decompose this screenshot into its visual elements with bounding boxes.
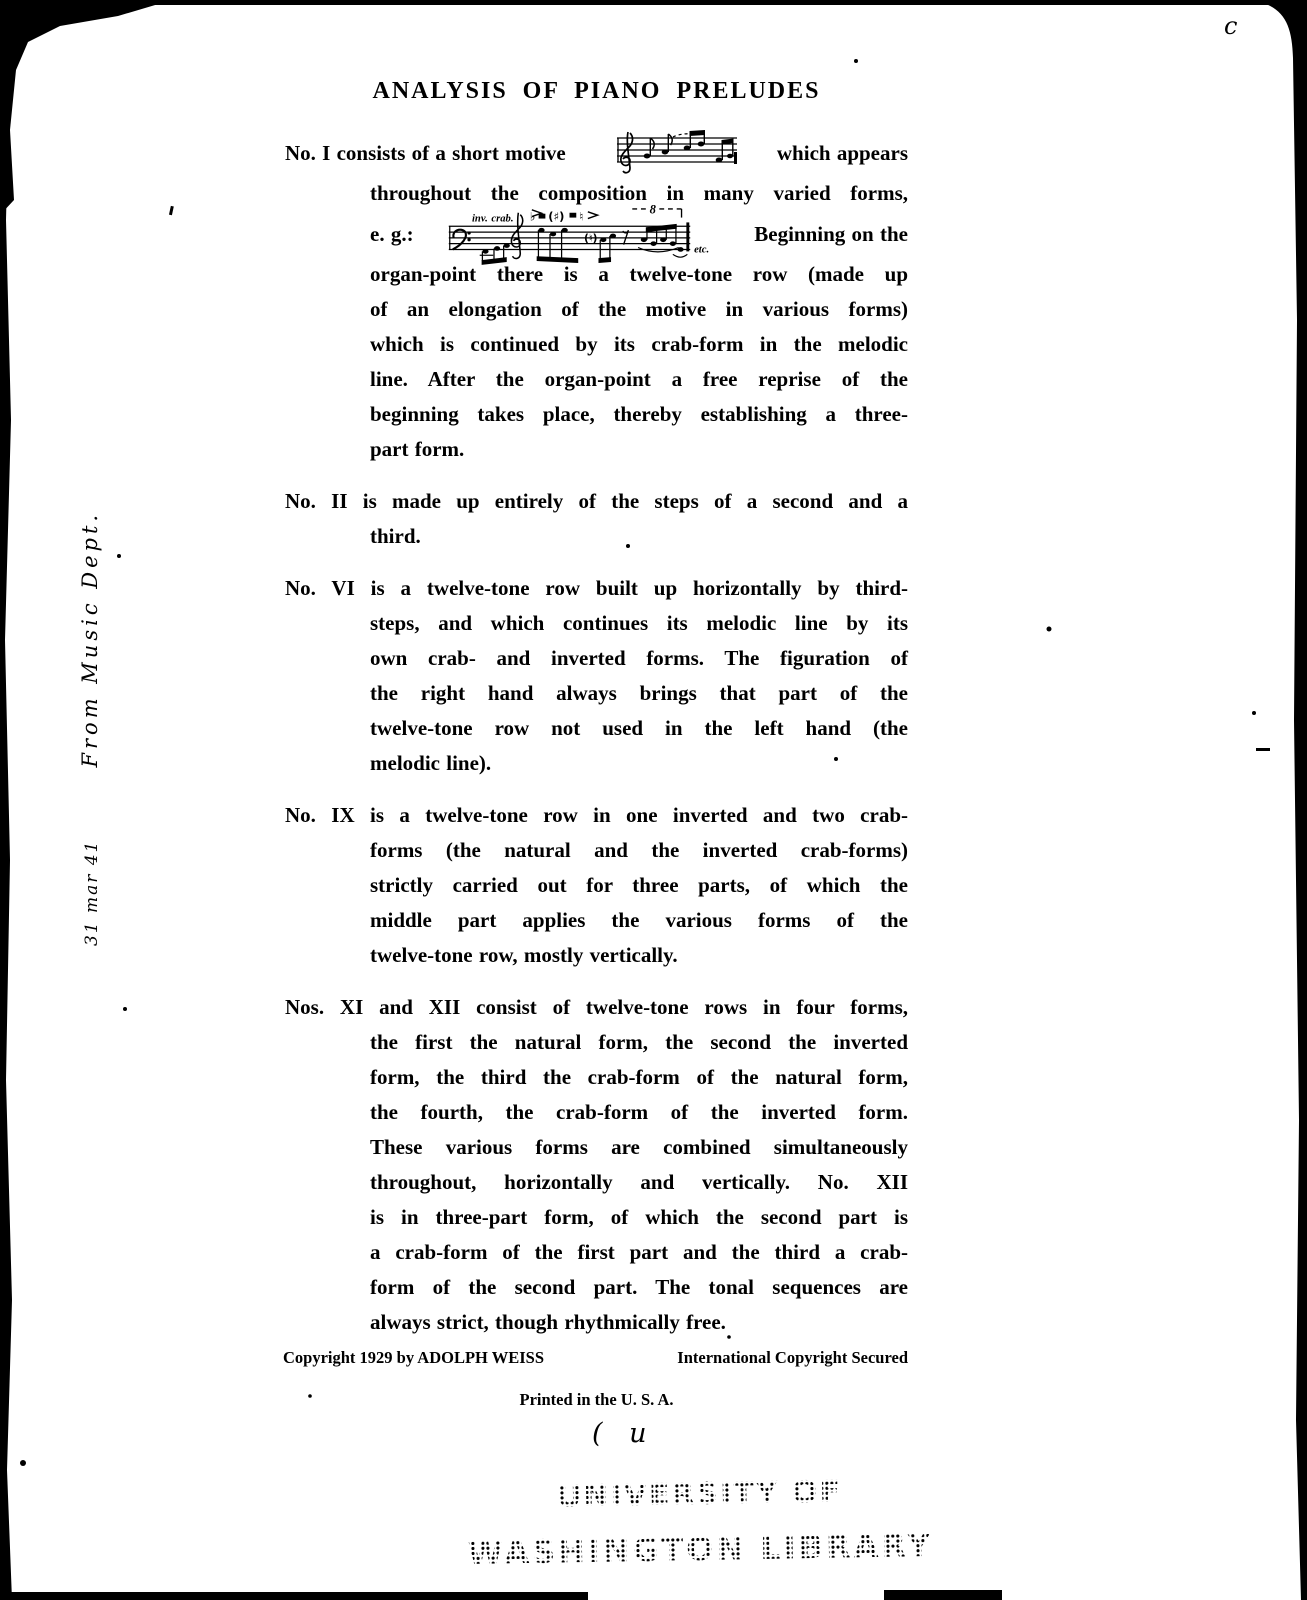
text-line: twelve-tone row not used in the left han… (285, 711, 908, 746)
text-line: forms (the natural and the inverted crab… (285, 833, 908, 868)
margin-date: 31 mar 41 (82, 840, 102, 946)
analysis-body: No. I consists of a short motive (285, 130, 908, 1357)
text-line: steps, and which continues its melodic l… (285, 606, 908, 641)
text-line: Nos. XI and XII consist of twelve-tone r… (285, 990, 908, 1025)
text-run: which appears (777, 141, 908, 166)
paragraph-no-2: No. II is made up entirely of the steps … (285, 484, 908, 554)
text-line: No. IX is a twelve-tone row in one inver… (285, 798, 908, 833)
library-stamp: UNIVERSITY OF WASHINGTON LIBRARY (449, 1464, 951, 1581)
music-notation-motive-icon (603, 130, 739, 176)
text-line: is in three-part form, of which the seco… (285, 1200, 908, 1235)
text-line: strictly carried out for three parts, of… (285, 868, 908, 903)
text-line: No. II is made up entirely of the steps … (285, 484, 908, 519)
stamp-line-1: UNIVERSITY OF (449, 1464, 950, 1527)
text-line: which is continued by its crab-form in t… (285, 327, 908, 362)
text-line: the right hand always brings that part o… (285, 676, 908, 711)
text-run: e. g.: (370, 222, 414, 247)
text-line: always strict, though rhythmically free. (285, 1305, 908, 1340)
ottava-label: 8 (650, 203, 657, 217)
printed-in-usa: Printed in the U. S. A. (285, 1390, 908, 1410)
text-line: the fourth, the crab-form of the inverte… (285, 1095, 908, 1130)
text-line: the first the natural form, the second t… (285, 1025, 908, 1060)
text-line: throughout, horizontally and vertically.… (285, 1165, 908, 1200)
text-line: middle part applies the various forms of… (285, 903, 908, 938)
page-title: ANALYSIS OF PIANO PRELUDES (285, 78, 908, 105)
handwritten-check-mark: ( u (592, 1418, 656, 1449)
scanned-document-page: ANALYSIS OF PIANO PRELUDES No. I consist… (0, 0, 1307, 1600)
flat-accidental: ♭ (530, 209, 535, 223)
paragraph-nos-11-12: Nos. XI and XII consist of twelve-tone r… (285, 990, 908, 1340)
text-line: of an elongation of the motive in variou… (285, 292, 908, 327)
etc-label: etc. (694, 244, 709, 255)
natural-accidental: ♮ (579, 209, 583, 223)
text-line: line. After the organ-point a free repri… (285, 362, 908, 397)
text-line: third. (285, 519, 908, 554)
text-run: Beginning on the (754, 222, 908, 247)
text-line: organ-point there is a twelve-tone row (… (285, 257, 908, 292)
international-copyright-notice: International Copyright Secured (677, 1348, 908, 1368)
sharp-accidental: (♯) (548, 209, 564, 223)
text-line: form, the third the crab-form of the nat… (285, 1060, 908, 1095)
text-line: a crab-form of the first part and the th… (285, 1235, 908, 1270)
text-line: own crab- and inverted forms. The figura… (285, 641, 908, 676)
natural-paren-accidental: (♮) (584, 232, 598, 245)
text-line: part form. (285, 432, 908, 467)
stamp-line-2: WASHINGTON LIBRARY (450, 1518, 951, 1581)
text-line: No. VI is a twelve-tone row built up hor… (285, 571, 908, 606)
text-line: e. g.: inv. crab. (285, 211, 908, 257)
text-line: melodic line). (285, 746, 908, 781)
paragraph-no-9: No. IX is a twelve-tone row in one inver… (285, 798, 908, 973)
inv-crab-label: inv. crab. (472, 213, 514, 224)
copyright-row: Copyright 1929 by ADOLPH WEISS Internati… (283, 1348, 908, 1368)
text-line: form of the second part. The tonal seque… (285, 1270, 908, 1305)
text-line: twelve-tone row, mostly vertically. (285, 938, 908, 973)
handwritten-margin-note: 31 mar 41From Music Dept. (78, 511, 102, 946)
paragraph-no-1: No. I consists of a short motive (285, 130, 908, 467)
text-line: beginning takes place, thereby establish… (285, 397, 908, 432)
handwritten-corner-mark: c (1224, 12, 1237, 40)
text-line: These various forms are combined simulta… (285, 1130, 908, 1165)
paragraph-no-6: No. VI is a twelve-tone row built up hor… (285, 571, 908, 781)
copyright-notice: Copyright 1929 by ADOLPH WEISS (283, 1348, 544, 1368)
margin-note-text: From Music Dept. (78, 511, 102, 768)
text-line: No. I consists of a short motive (285, 130, 908, 176)
text-run: No. I consists of a short motive (285, 141, 566, 166)
